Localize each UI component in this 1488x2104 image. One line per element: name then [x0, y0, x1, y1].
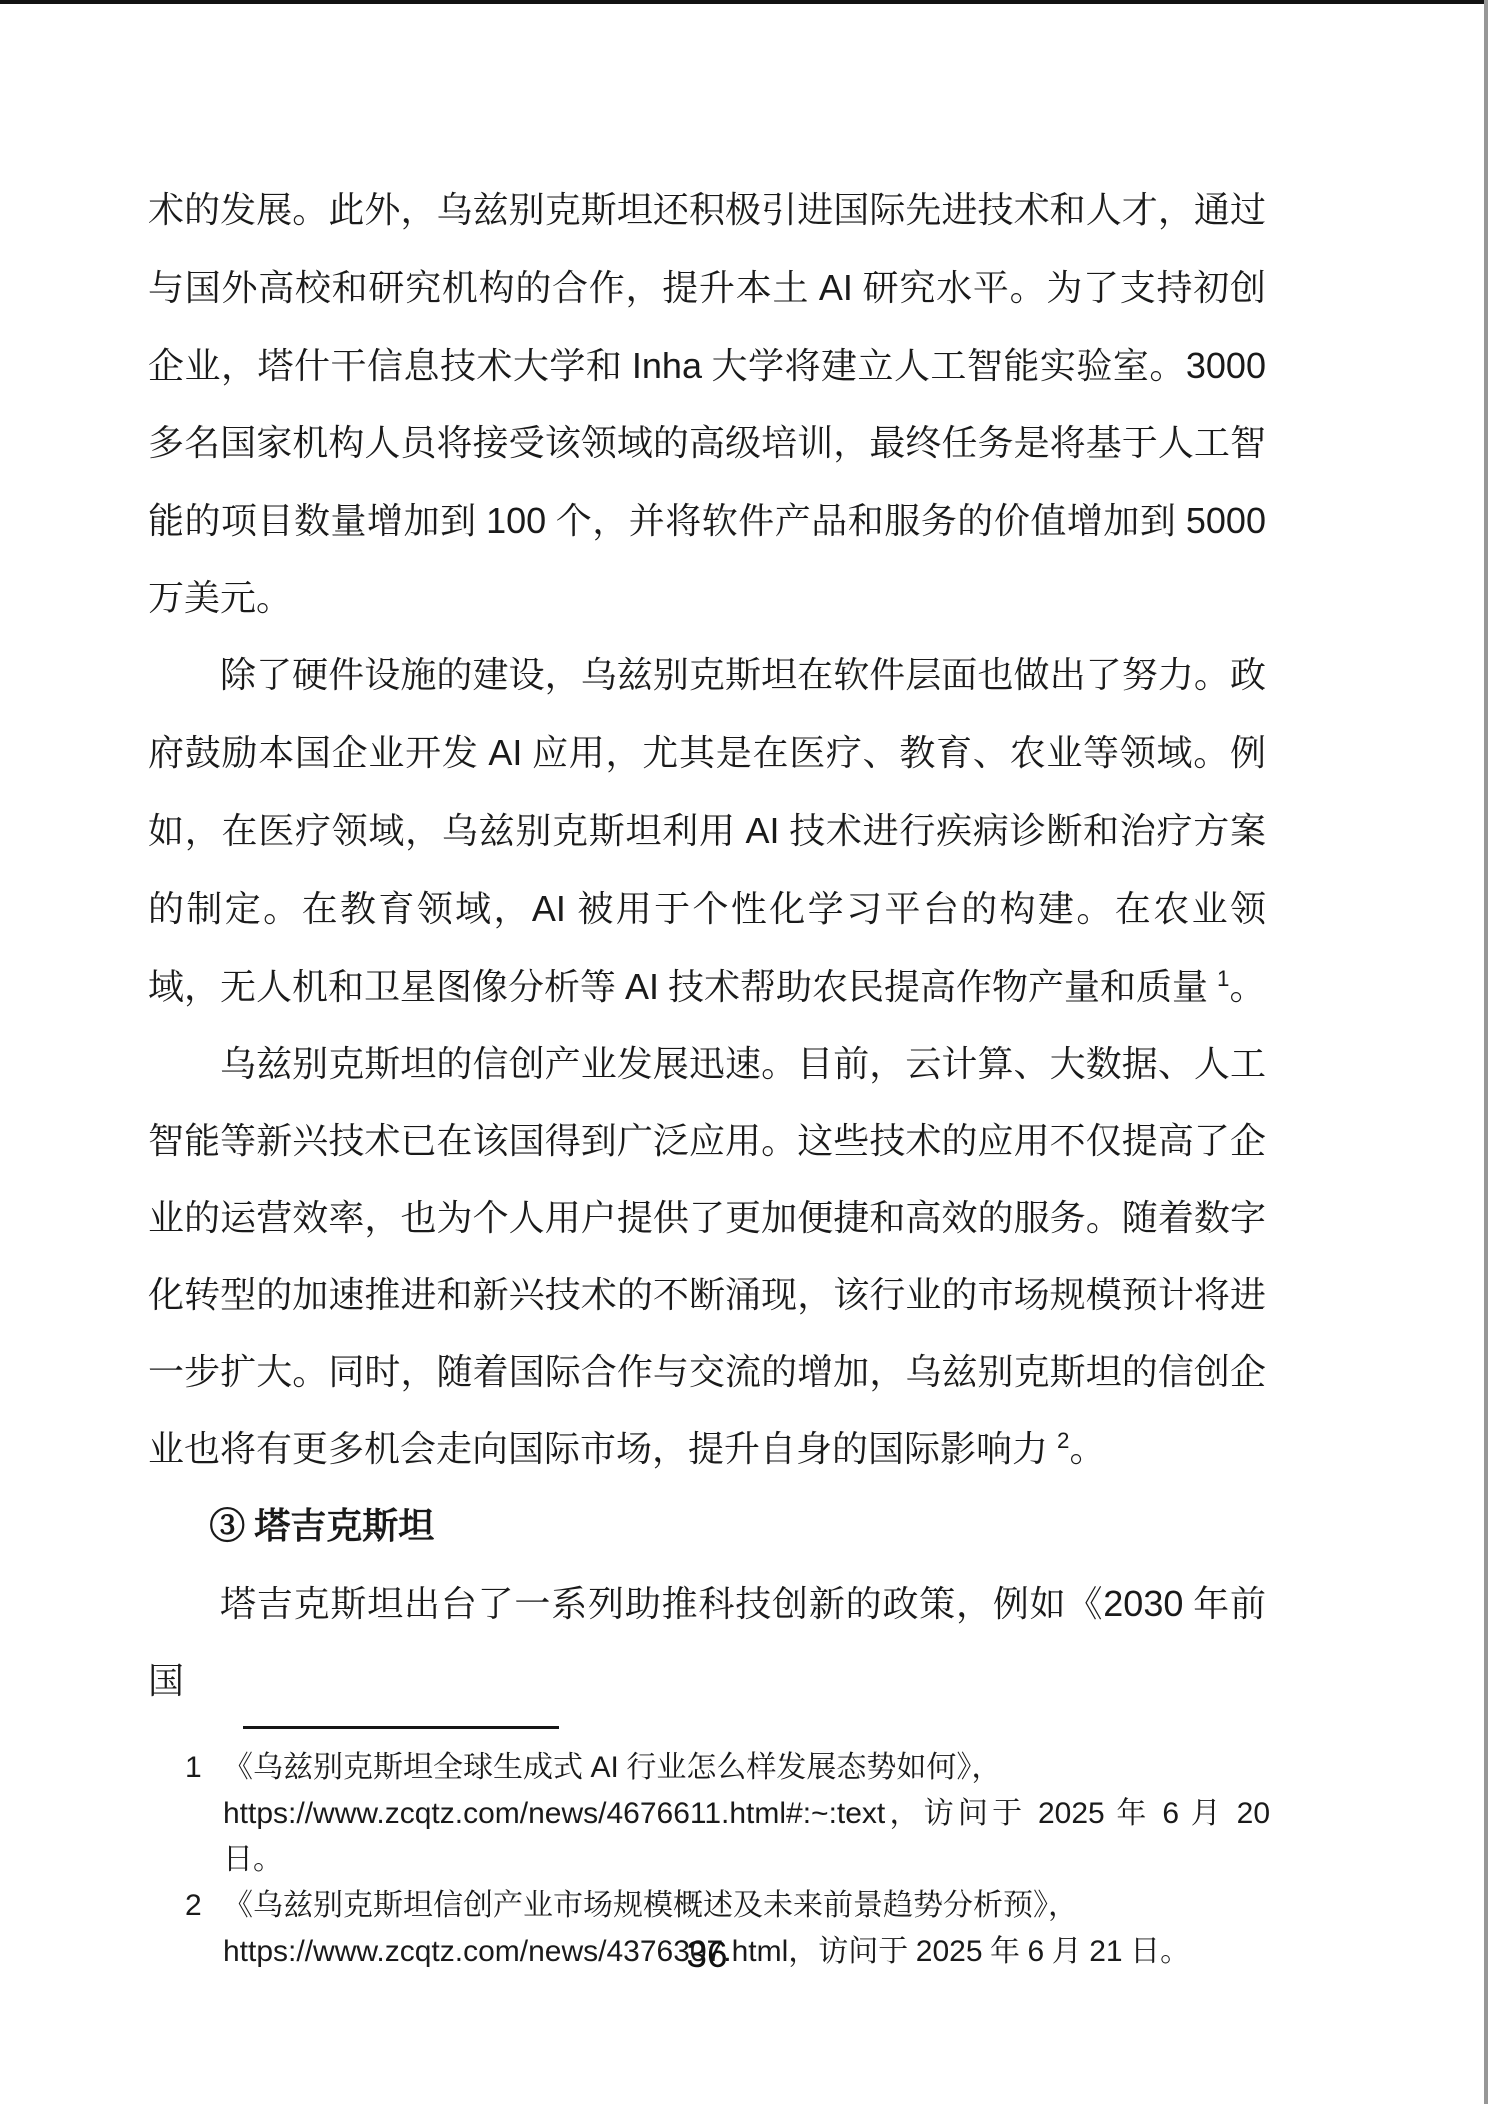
footnote-item: 1 《乌兹别克斯坦全球生成式 AI 行业怎么样发展态势如何》， https://… [185, 1745, 1270, 1883]
footnote-ref-2: 2 [1057, 1428, 1069, 1453]
paragraph-text: 除了硬件设施的建设，乌兹别克斯坦在软件层面也做出了努力。政府鼓励本国企业开发 A… [148, 655, 1266, 1007]
paragraph-text-tail: 。 [1229, 967, 1265, 1007]
page-number: 36 [148, 1934, 1266, 1976]
paragraph: 乌兹别克斯坦的信创产业发展迅速。目前，云计算、大数据、人工智能等新兴技术已在该国… [148, 1026, 1266, 1488]
paragraph-text-tail: 。 [1069, 1429, 1105, 1469]
footnote-title: 《乌兹别克斯坦全球生成式 AI 行业怎么样发展态势如何》， [223, 1751, 1001, 1784]
footnote-source: https://www.zcqtz.com/news/4676611.html#… [223, 1797, 1270, 1876]
footnote-marker: 1 [185, 1745, 223, 1883]
paragraph: 除了硬件设施的建设，乌兹别克斯坦在软件层面也做出了努力。政府鼓励本国企业开发 A… [148, 637, 1266, 1026]
footnote-text: 《乌兹别克斯坦全球生成式 AI 行业怎么样发展态势如何》， https://ww… [223, 1745, 1270, 1883]
footnote-separator [243, 1726, 559, 1729]
body-text-block: 术的发展。此外，乌兹别克斯坦还积极引进国际先进技术和人才，通过与国外高校和研究机… [148, 172, 1266, 1720]
page-right-border [1484, 0, 1488, 2104]
page-top-border [0, 0, 1488, 4]
section-heading: ③ 塔吉克斯坦 [148, 1488, 1266, 1565]
footnote-title: 《乌兹别克斯坦信创产业市场规模概述及未来前景趋势分析预》， [223, 1889, 1078, 1922]
paragraph-text: 乌兹别克斯坦的信创产业发展迅速。目前，云计算、大数据、人工智能等新兴技术已在该国… [148, 1044, 1266, 1469]
paragraph-text: 塔吉克斯坦出台了一系列助推科技创新的政策，例如《2030 年前国 [148, 1584, 1266, 1701]
paragraph-text: 术的发展。此外，乌兹别克斯坦还积极引进国际先进技术和人才，通过与国外高校和研究机… [148, 190, 1266, 618]
paragraph: 术的发展。此外，乌兹别克斯坦还积极引进国际先进技术和人才，通过与国外高校和研究机… [148, 172, 1266, 637]
document-page: 术的发展。此外，乌兹别克斯坦还积极引进国际先进技术和人才，通过与国外高校和研究机… [0, 0, 1488, 2104]
paragraph: 塔吉克斯坦出台了一系列助推科技创新的政策，例如《2030 年前国 [148, 1565, 1266, 1720]
footnote-ref-1: 1 [1217, 966, 1229, 991]
